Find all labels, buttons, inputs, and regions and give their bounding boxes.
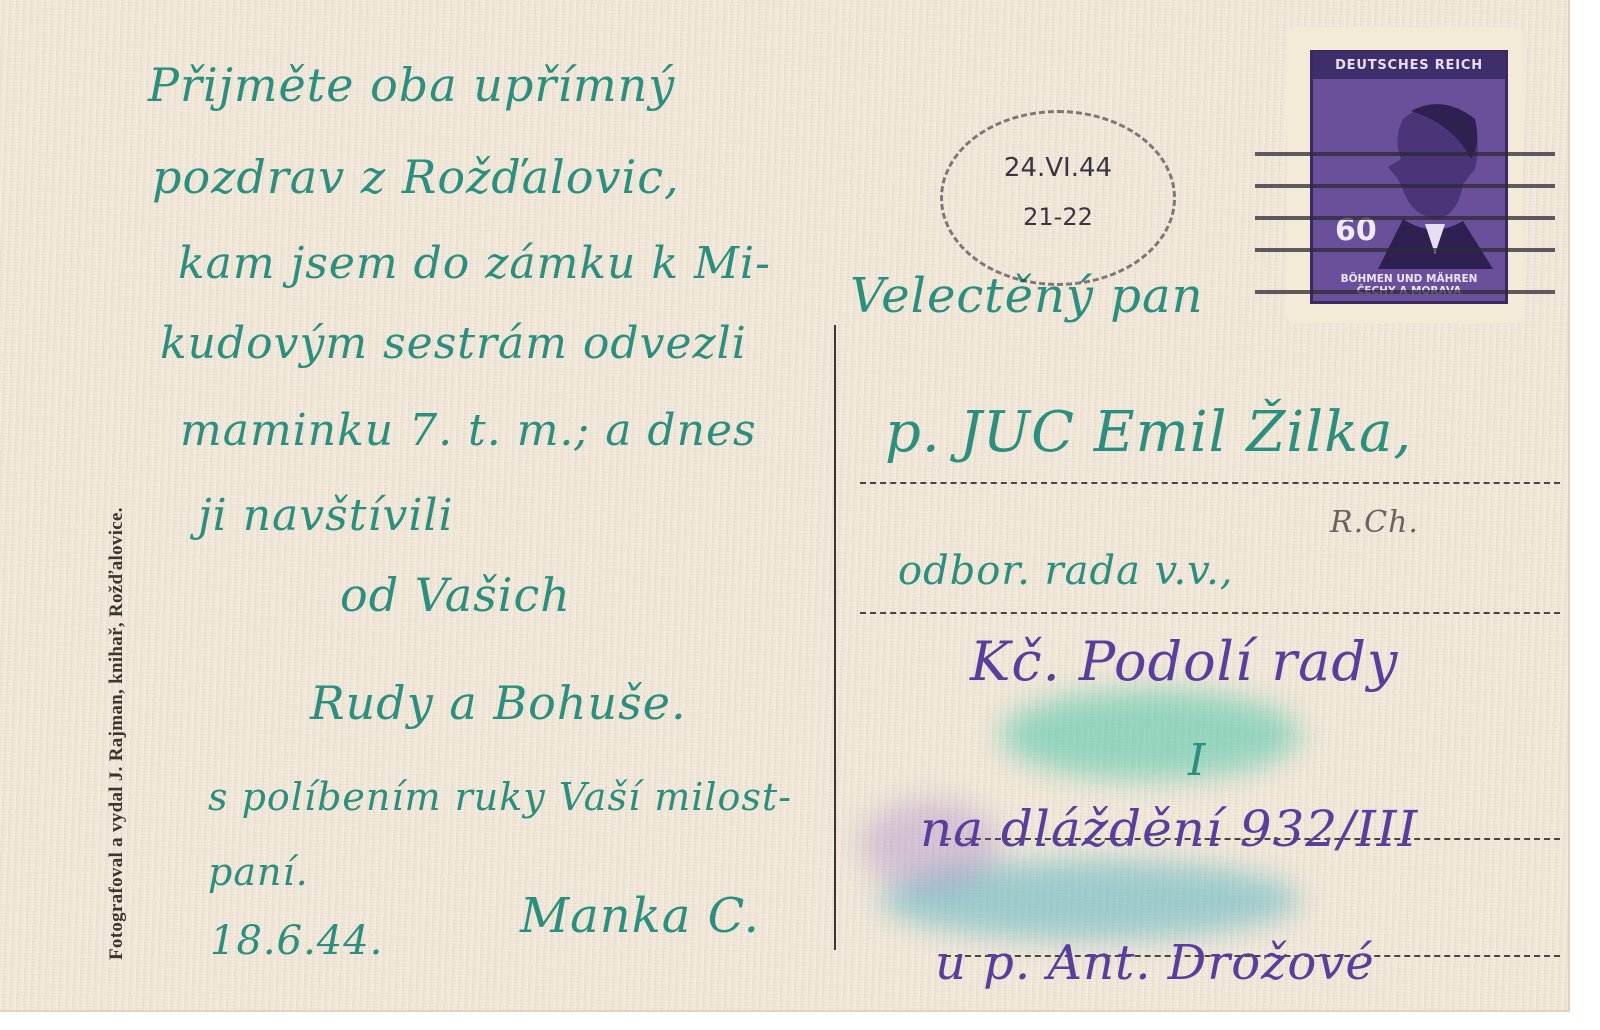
center-divider [834, 325, 836, 950]
publisher-imprint: Fotografoval a vydal J. Rajman, knihař, … [106, 507, 128, 960]
addressee-name: p. JUC Emil Žilka, [885, 400, 1412, 465]
message-date: 18.6.44. [210, 918, 383, 964]
message-line: kam jsem do zámku k Mi- [178, 238, 771, 289]
cancellation-lines [1255, 142, 1555, 302]
postcard-back: Fotografoval a vydal J. Rajman, knihař, … [0, 0, 1570, 1012]
address-rule [860, 612, 1560, 614]
postmark-time: 21-22 [943, 203, 1173, 231]
pencil-note: R.Ch. [1330, 505, 1419, 540]
message-line: Přijměte oba upřímný [148, 58, 675, 112]
message-line: kudovým sestrám odvezli [160, 318, 747, 369]
address-district: I [1188, 735, 1206, 786]
postscript-line: paní. [208, 850, 309, 894]
postmark: 24.VI.44 21-22 [940, 110, 1176, 286]
postmark-date: 24.VI.44 [943, 153, 1173, 183]
addressee-title: odbor. rada v.v., [898, 548, 1234, 594]
message-line: ji navštívili [198, 490, 454, 541]
signature: Manka C. [520, 888, 760, 944]
address-town: Kč. Podolí rady [970, 630, 1398, 693]
ink-smudge [1000, 690, 1300, 780]
stamp-country: DEUTSCHES REICH [1313, 53, 1505, 79]
message-line: od Vašich [340, 568, 571, 622]
address-street: na dláždění 932/III [920, 800, 1418, 858]
message-line: maminku 7. t. m.; a dnes [180, 405, 757, 456]
address-care-of: u p. Ant. Drožové [935, 935, 1375, 991]
address-rule [860, 482, 1560, 484]
message-line: pozdrav z Rožďalovic, [152, 150, 680, 204]
message-signoff: Rudy a Bohuše. [310, 676, 687, 730]
postscript-line: s políbením ruky Vaší milost- [208, 775, 792, 819]
